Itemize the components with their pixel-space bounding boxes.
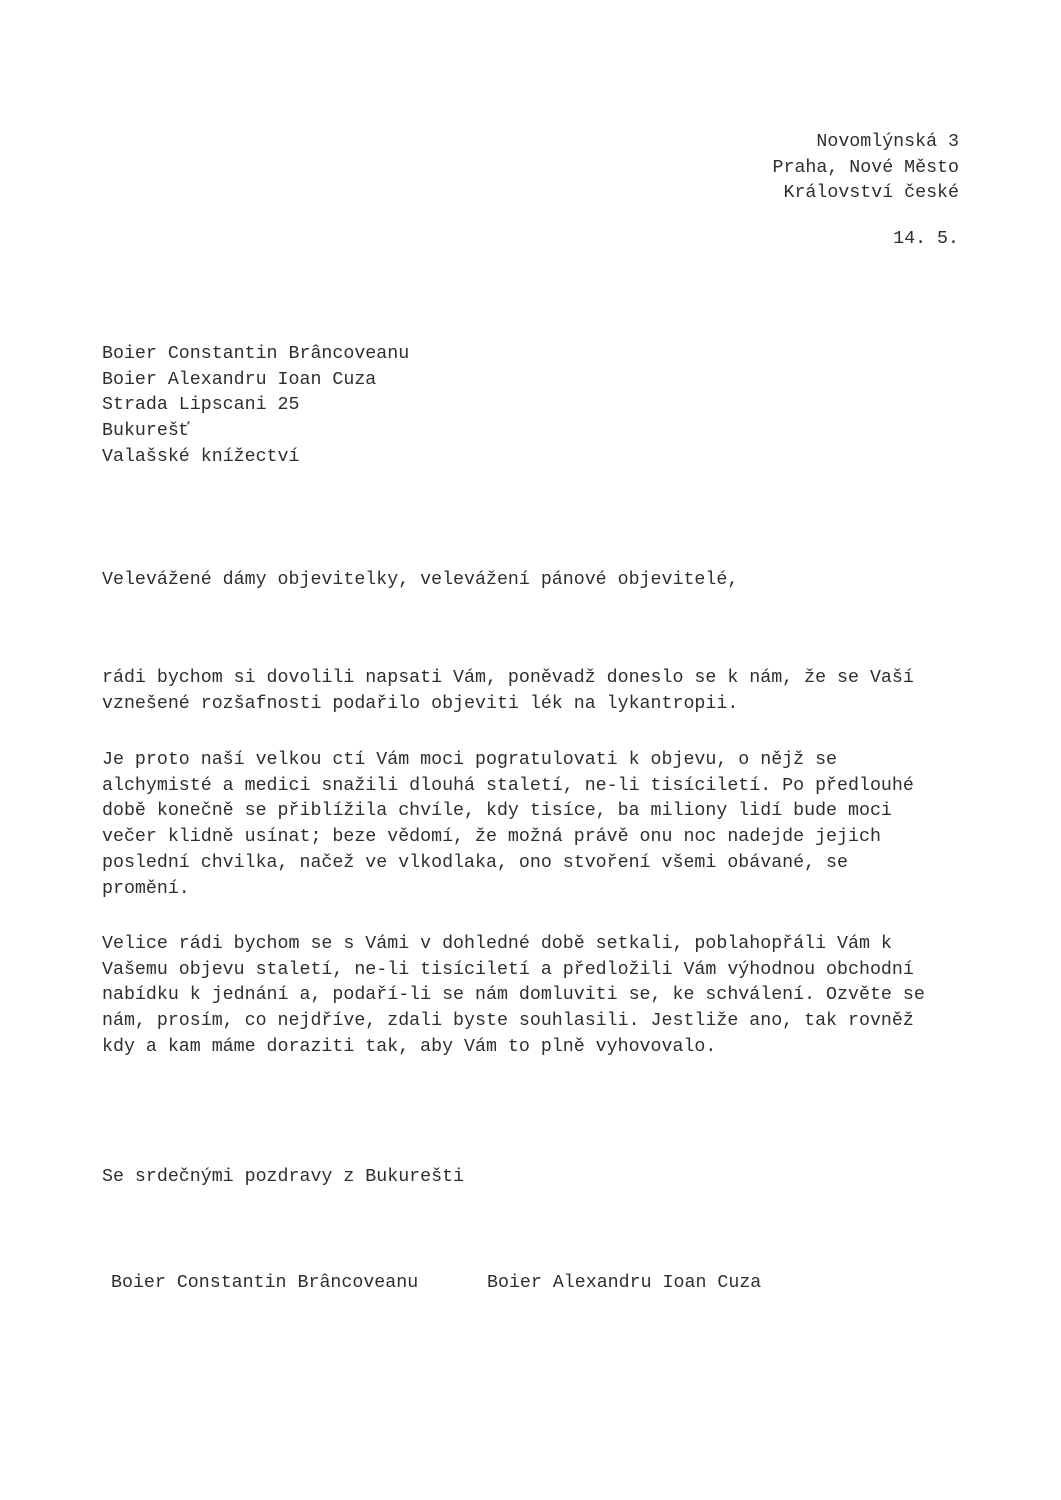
signature-brancoveanu: Boier Constantin Brâncoveanu — [111, 1273, 418, 1293]
paragraph-1: rádi bychom si dovolili napsati Vám, pon… — [102, 666, 952, 717]
letter-page: Novomlýnská 3 Praha, Nové Město Královst… — [0, 0, 1061, 1500]
sender-country: Království české — [773, 181, 960, 207]
paragraph-line: nám, prosím, co nejdříve, zdali byste so… — [102, 1009, 952, 1035]
sender-address: Novomlýnská 3 Praha, Nové Město Královst… — [773, 130, 960, 207]
sender-street: Novomlýnská 3 — [773, 130, 960, 156]
paragraph-2: Je proto naší velkou ctí Vám moci pograt… — [102, 748, 952, 902]
recipient-name-1: Boier Constantin Brâncoveanu — [102, 342, 409, 368]
paragraph-line: promění. — [102, 877, 952, 903]
paragraph-line: Velice rádi bychom se s Vámi v dohledné … — [102, 932, 952, 958]
recipient-street: Strada Lipscani 25 — [102, 393, 409, 419]
letter-date: 14. 5. — [893, 229, 959, 249]
paragraph-line: vznešené rozšafnosti podařilo objeviti l… — [102, 692, 952, 718]
sender-city: Praha, Nové Město — [773, 156, 960, 182]
closing: Se srdečnými pozdravy z Bukurešti — [102, 1167, 464, 1187]
paragraph-line: poslední chvilka, načež ve vlkodlaka, on… — [102, 851, 952, 877]
recipient-country: Valašské knížectví — [102, 445, 409, 471]
recipient-address: Boier Constantin Brâncoveanu Boier Alexa… — [102, 342, 409, 471]
paragraph-line: době konečně se přiblížila chvíle, kdy t… — [102, 799, 952, 825]
paragraph-line: nabídku k jednání a, podaří-li se nám do… — [102, 983, 952, 1009]
paragraph-line: Je proto naší velkou ctí Vám moci pograt… — [102, 748, 952, 774]
recipient-city: Bukurešť — [102, 419, 409, 445]
paragraph-line: Vašemu objevu staletí, ne-li tisíciletí … — [102, 958, 952, 984]
paragraph-line: alchymisté a medici snažili dlouhá stale… — [102, 774, 952, 800]
signature-cuza: Boier Alexandru Ioan Cuza — [487, 1273, 761, 1293]
paragraph-line: večer klidně usínat; beze vědomí, že mož… — [102, 825, 952, 851]
paragraph-line: kdy a kam máme doraziti tak, aby Vám to … — [102, 1035, 952, 1061]
paragraph-line: rádi bychom si dovolili napsati Vám, pon… — [102, 666, 952, 692]
paragraph-3: Velice rádi bychom se s Vámi v dohledné … — [102, 932, 952, 1061]
recipient-name-2: Boier Alexandru Ioan Cuza — [102, 368, 409, 394]
salutation: Velevážené dámy objevitelky, velevážení … — [102, 570, 738, 590]
